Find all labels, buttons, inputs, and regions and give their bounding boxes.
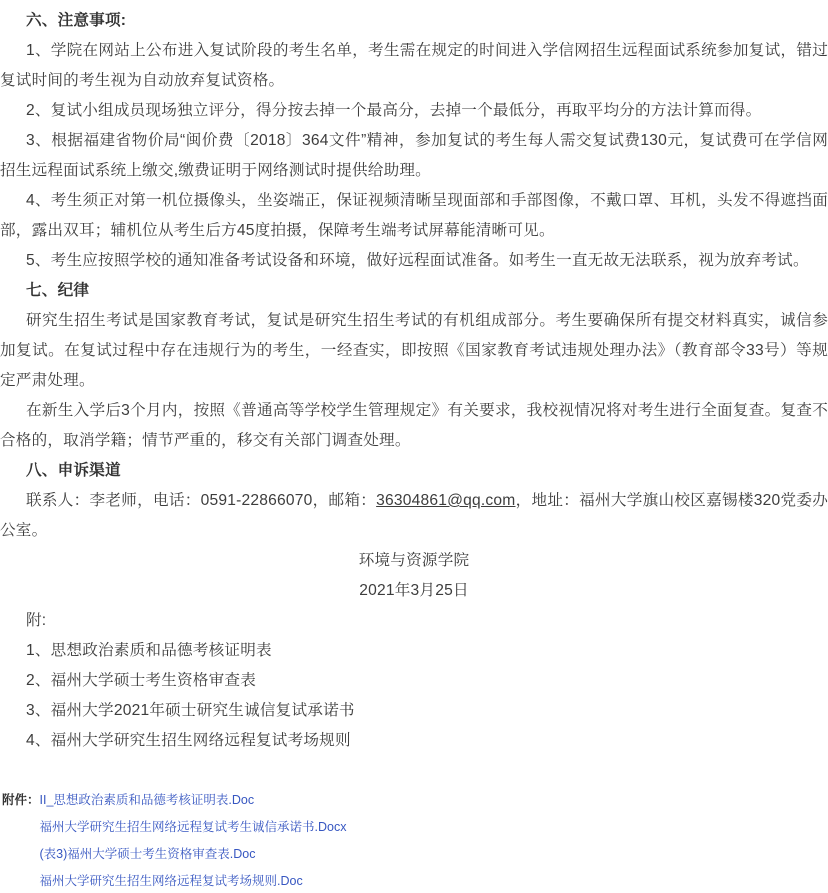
signature-college: 环境与资源学院 — [0, 546, 828, 576]
notice-item-2: 2、复试小组成员现场独立评分，得分按去掉一个最高分，去掉一个最低分，再取平均分的… — [0, 96, 828, 126]
appendix-item-4: 4、福州大学研究生招生网络远程复试考场规则 — [0, 726, 828, 756]
section-8-heading: 八、申诉渠道 — [0, 456, 828, 486]
attachment-link-1[interactable]: II_思想政治素质和品德考核证明表.Doc — [40, 787, 828, 814]
notice-item-4: 4、考生须正对第一机位摄像头，坐姿端正，保证视频清晰呈现面部和手部图像，不戴口罩… — [0, 186, 828, 246]
attachments-file-list: II_思想政治素质和品德考核证明表.Doc 福州大学研究生招生网络远程复试考生诚… — [40, 787, 828, 893]
appendix-item-1: 1、思想政治素质和品德考核证明表 — [0, 636, 828, 666]
contact-line: 联系人：李老师，电话：0591-22866070，邮箱：36304861@qq.… — [0, 486, 828, 546]
section-7-heading: 七、纪律 — [0, 276, 828, 306]
notice-item-5: 5、考生应按照学校的通知准备考试设备和环境，做好远程面试准备。如考生一直无故无法… — [0, 246, 828, 276]
attachment-link-3[interactable]: (表3)福州大学硕士考生资格审查表.Doc — [40, 841, 828, 868]
notice-item-3: 3、根据福建省物价局“闽价费〔2018〕364文件”精神，参加复试的考生每人需交… — [0, 126, 828, 186]
attachments-section: 附件： II_思想政治素质和品德考核证明表.Doc 福州大学研究生招生网络远程复… — [0, 787, 828, 893]
section-6-heading: 六、注意事项: — [0, 6, 828, 36]
signature-date: 2021年3月25日 — [0, 576, 828, 606]
attachments-label: 附件： — [0, 787, 40, 814]
discipline-paragraph-1: 研究生招生考试是国家教育考试，复试是研究生招生考试的有机组成部分。考生要确保所有… — [0, 306, 828, 396]
contact-email-link[interactable]: 36304861@qq.com — [376, 492, 515, 509]
notice-item-1: 1、学院在网站上公布进入复试阶段的考生名单，考生需在规定的时间进入学信网招生远程… — [0, 36, 828, 96]
attachment-link-2[interactable]: 福州大学研究生招生网络远程复试考生诚信承诺书.Docx — [40, 814, 828, 841]
appendix-item-3: 3、福州大学2021年硕士研究生诚信复试承诺书 — [0, 696, 828, 726]
discipline-paragraph-2: 在新生入学后3个月内，按照《普通高等学校学生管理规定》有关要求，我校视情况将对考… — [0, 396, 828, 456]
notice-document: 六、注意事项: 1、学院在网站上公布进入复试阶段的考生名单，考生需在规定的时间进… — [0, 0, 828, 893]
attachment-link-4[interactable]: 福州大学研究生招生网络远程复试考场规则.Doc — [40, 868, 828, 893]
appendix-label: 附: — [0, 606, 828, 636]
appendix-item-2: 2、福州大学硕士考生资格审查表 — [0, 666, 828, 696]
contact-prefix: 联系人：李老师，电话：0591-22866070，邮箱： — [26, 492, 376, 509]
